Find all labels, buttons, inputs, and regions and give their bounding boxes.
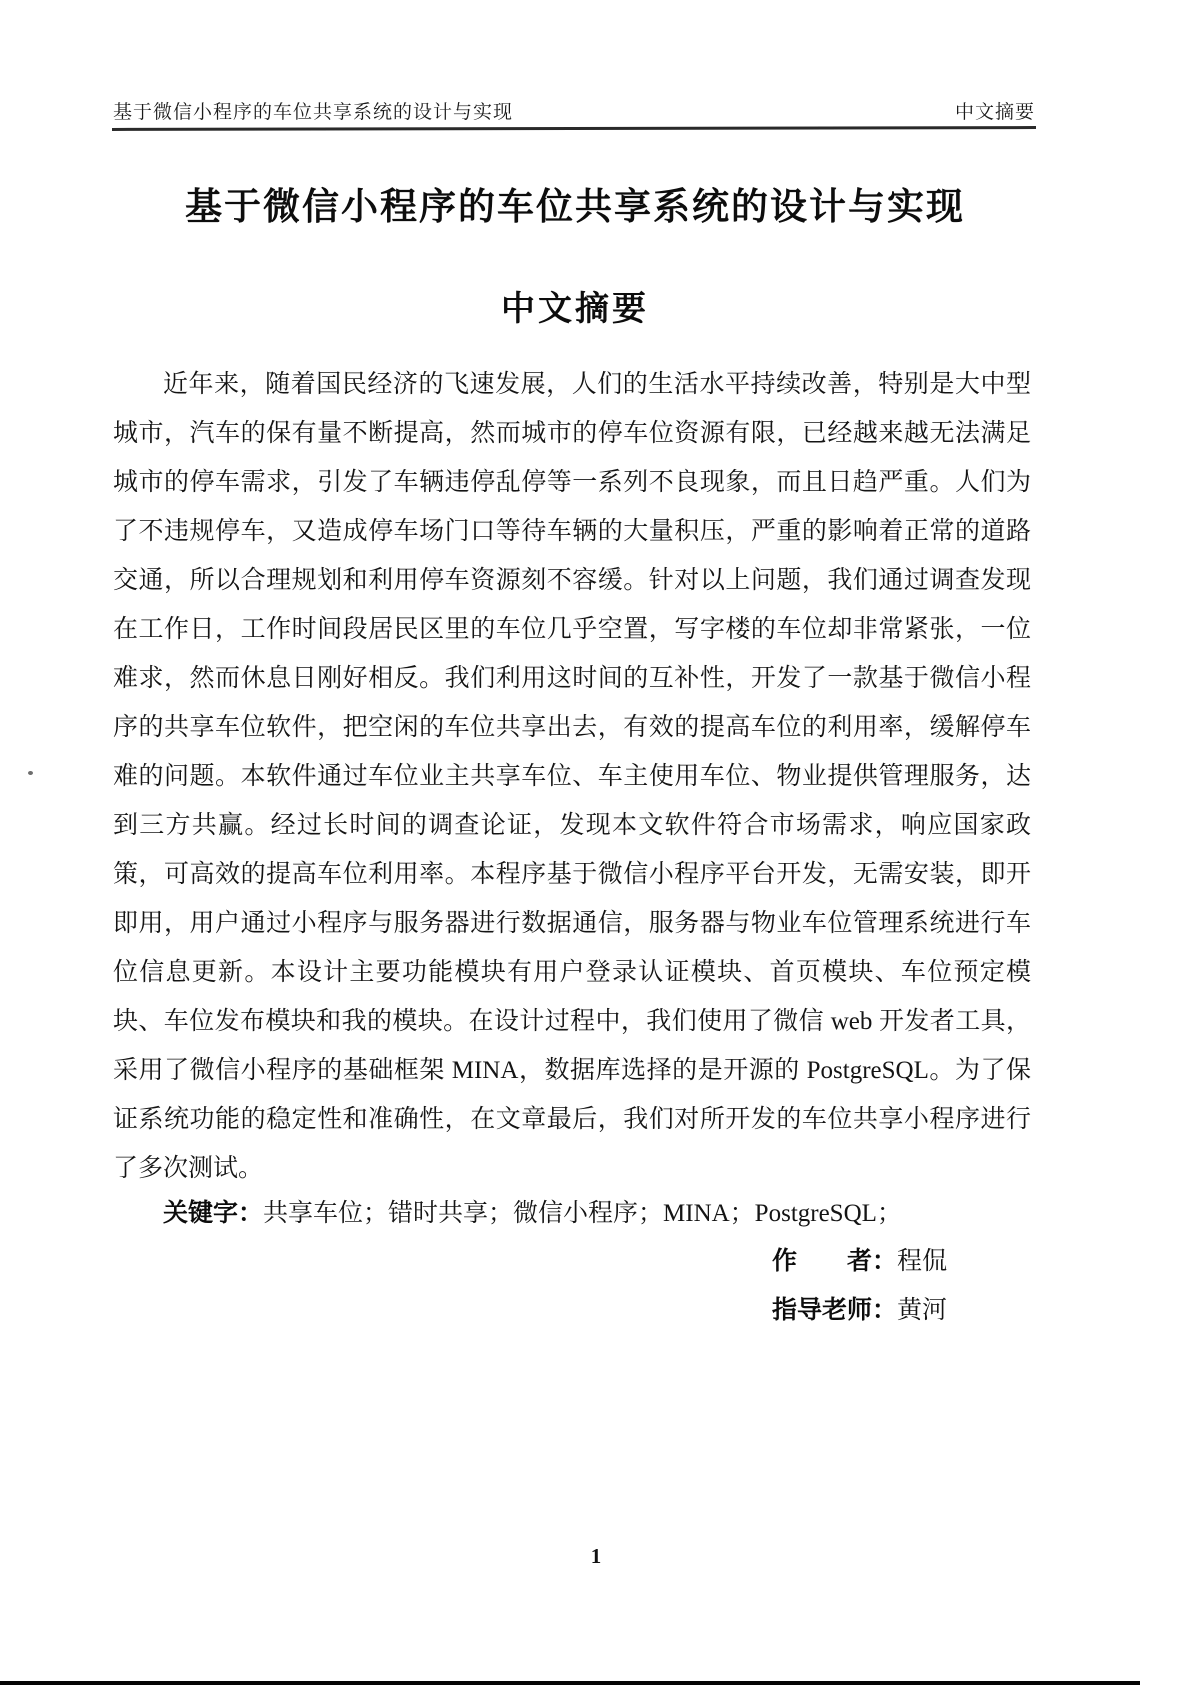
keywords-text: 共享车位；错时共享；微信小程序；MINA；PostgreSQL； [263,1200,902,1227]
keywords-line: 关键字：共享车位；错时共享；微信小程序；MINA；PostgreSQL； [113,1193,1031,1234]
document-title: 基于微信小程序的车位共享系统的设计与实现 [70,176,1080,230]
header-right-label: 中文摘要 [955,97,1035,124]
running-header: 基于微信小程序的车位共享系统的设计与实现 中文摘要 [113,97,1035,124]
header-left-title: 基于微信小程序的车位共享系统的设计与实现 [113,97,513,124]
abstract-paragraph: 近年来，随着国民经济的飞速发展，人们的生活水平持续改善，特别是大中型城市，汽车的… [113,360,1031,1193]
signature-block: 作 者：程侃 指导老师：黄河 [772,1246,947,1344]
document-page: 基于微信小程序的车位共享系统的设计与实现 中文摘要 基于微信小程序的车位共享系统… [0,0,1192,1685]
scan-edge-bar [0,1681,1140,1685]
scan-artifact-dot [28,771,33,775]
advisor-line: 指导老师：黄河 [772,1295,947,1326]
author-name: 程侃 [897,1248,947,1275]
header-rule [112,126,1036,131]
advisor-name: 黄河 [897,1297,947,1324]
advisor-label: 指导老师： [772,1296,897,1324]
page-number: 1 [0,1544,1192,1569]
author-label: 作 者： [772,1247,897,1275]
abstract-heading: 中文摘要 [70,281,1080,330]
author-line: 作 者：程侃 [772,1246,947,1277]
keywords-label: 关键字： [163,1199,263,1227]
